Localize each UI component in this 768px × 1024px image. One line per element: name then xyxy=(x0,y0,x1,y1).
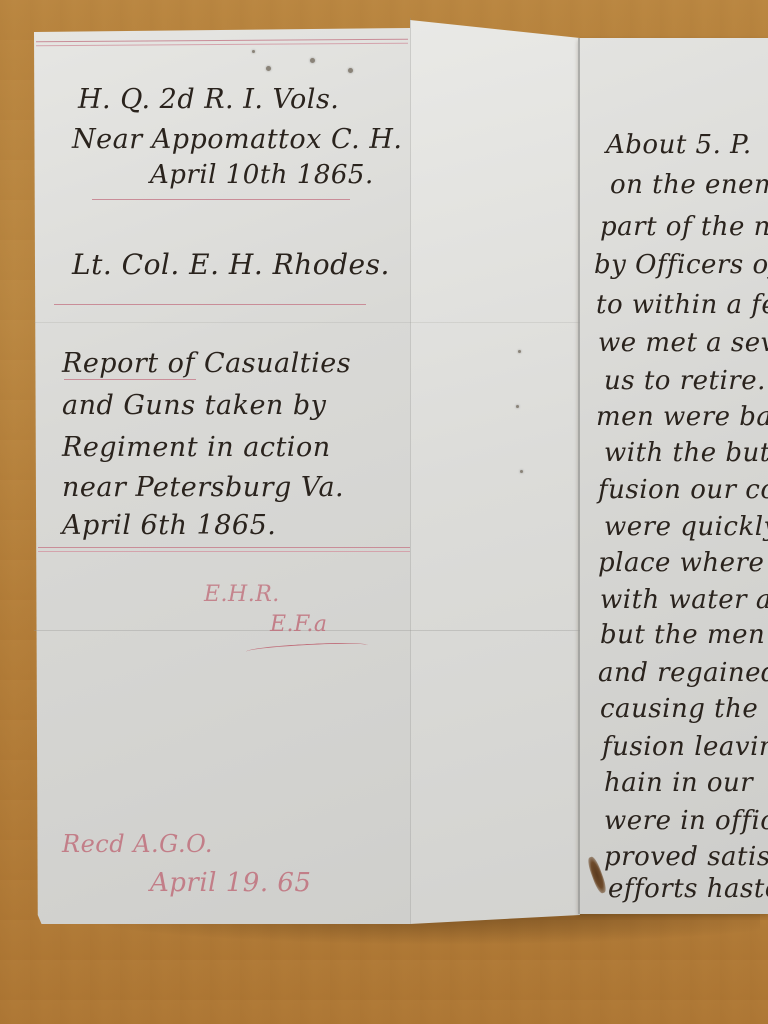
body-line-1: About 5. P. xyxy=(606,130,752,160)
body-line-18: hain in our xyxy=(604,768,753,798)
blank-fold-panel xyxy=(410,18,580,924)
body-line-20: proved satisfa xyxy=(604,842,768,872)
body-line-3: part of the na xyxy=(600,212,768,242)
heading-line-1: H. Q. 2d R. I. Vols. xyxy=(78,84,339,115)
vertical-fold xyxy=(410,18,411,924)
subject-line-3: Regiment in action xyxy=(62,432,331,463)
pin-hole xyxy=(252,50,255,53)
vertical-fold xyxy=(578,38,580,914)
heading-underline xyxy=(92,199,350,200)
subject-line-1: Report of Casualties xyxy=(62,348,351,379)
body-line-14: but the men xyxy=(600,620,765,650)
horizontal-fold xyxy=(34,322,580,323)
body-line-21: efforts hasten xyxy=(608,874,768,904)
addressee-underline xyxy=(54,304,366,305)
body-line-8: men were bayon xyxy=(596,402,768,432)
body-line-11: were quickly r xyxy=(604,512,768,542)
red-initials-line-1: E.H.R. xyxy=(204,582,280,607)
subject-line-5: April 6th 1865. xyxy=(62,510,276,541)
heading-line-3: April 10th 1865. xyxy=(150,160,374,190)
subject-line-4: near Petersburg Va. xyxy=(62,472,344,503)
body-line-4: by Officers of the xyxy=(594,250,768,280)
body-line-10: fusion our co xyxy=(598,475,768,505)
pin-hole xyxy=(348,68,353,73)
pin-hole xyxy=(516,405,519,408)
subject-divider xyxy=(38,547,410,548)
body-line-12: place where w xyxy=(598,548,768,578)
pin-hole xyxy=(266,66,271,71)
addressee: Lt. Col. E. H. Rhodes. xyxy=(72,248,390,281)
body-line-17: fusion leaving xyxy=(602,732,768,762)
pin-hole xyxy=(310,58,315,63)
body-line-6: we met a seve xyxy=(598,328,768,358)
pin-hole xyxy=(518,350,521,353)
body-line-9: with the butt xyxy=(604,438,768,468)
pin-hole xyxy=(520,470,523,473)
body-line-5: to within a few xyxy=(596,290,768,320)
heading-line-2: Near Appomattox C. H. xyxy=(72,124,402,155)
subject-line-2: and Guns taken by xyxy=(62,390,326,421)
red-initials-line-2: E.F.a xyxy=(270,612,328,637)
report-underline xyxy=(64,379,196,380)
body-line-19: were in officers xyxy=(604,806,768,836)
received-line-2: April 19. 65 xyxy=(150,868,311,898)
received-line-1: Recd A.G.O. xyxy=(62,830,213,858)
body-line-7: us to retire. T xyxy=(604,366,768,396)
body-line-13: with water a xyxy=(600,585,768,615)
body-line-15: and regained xyxy=(598,658,768,688)
body-line-2: on the enem xyxy=(610,170,768,200)
body-line-16: causing the en xyxy=(600,694,768,724)
